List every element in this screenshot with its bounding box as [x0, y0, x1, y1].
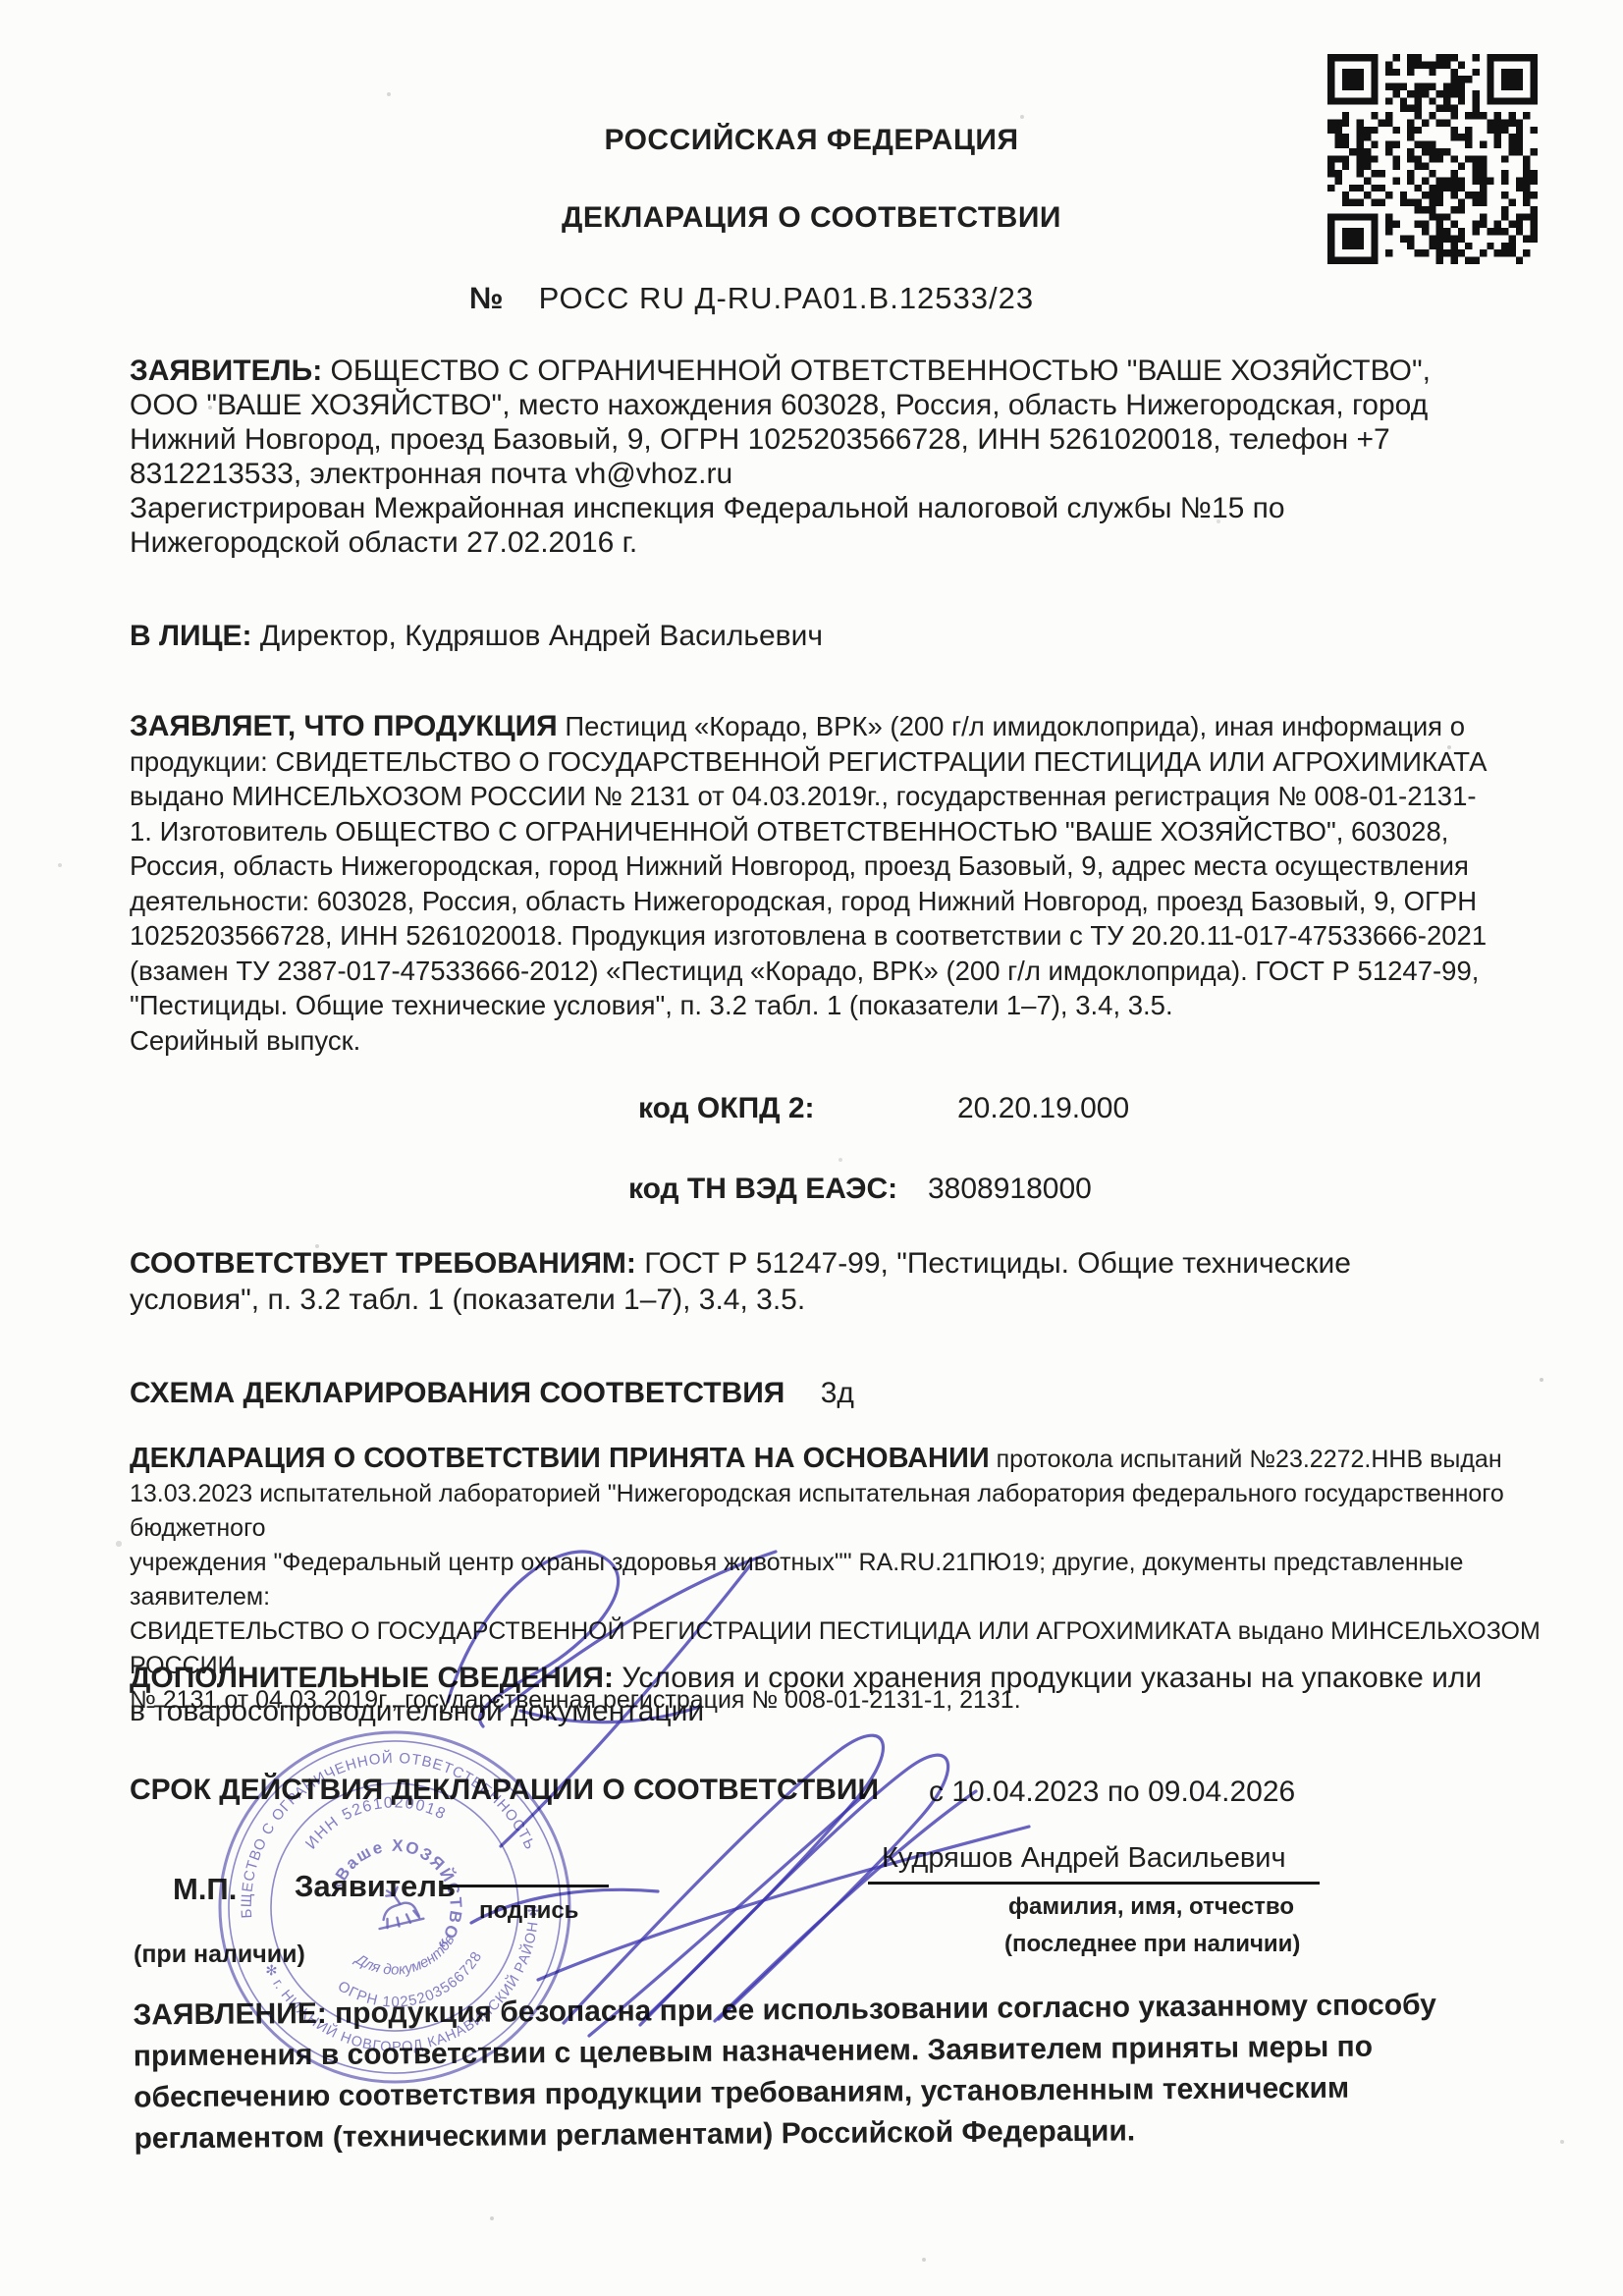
product-text: Пестицид «Корадо, ВРК» (200 г/л имидокло…: [130, 711, 1487, 1056]
person-label: В ЛИЦЕ:: [130, 620, 252, 652]
conformity-label: СООТВЕТСТВУЕТ ТРЕБОВАНИЯМ:: [130, 1247, 636, 1280]
scheme-value: 3д: [821, 1377, 854, 1409]
declaration-document: РОССИЙСКАЯ ФЕДЕРАЦИЯ ДЕКЛАРАЦИЯ О СООТВЕ…: [0, 0, 1623, 2296]
applicant-label: ЗАЯВИТЕЛЬ:: [130, 355, 322, 387]
conformity-section: СООТВЕТСТВУЕТ ТРЕБОВАНИЯМ: ГОСТ Р 51247-…: [130, 1245, 1573, 1318]
applicant-section: ЗАЯВИТЕЛЬ: ОБЩЕСТВО С ОГРАНИЧЕННОЙ ОТВЕТ…: [130, 354, 1573, 560]
tnved-value: 3808918000: [928, 1173, 1092, 1206]
product-label: ЗАЯВЛЯЕТ, ЧТО ПРОДУКЦИЯ: [130, 710, 558, 742]
declaration-number: РОСС RU Д-RU.РА01.В.12533/23: [539, 281, 1035, 315]
okpd-value: 20.20.19.000: [957, 1092, 1129, 1125]
applicant-text: ОБЩЕСТВО С ОГРАНИЧЕННОЙ ОТВЕТСТВЕННОСТЬЮ…: [130, 355, 1431, 559]
tnved-label: код ТН ВЭД ЕАЭС:: [628, 1173, 897, 1206]
basis-label: ДЕКЛАРАЦИЯ О СООТВЕТСТВИИ ПРИНЯТА НА ОСН…: [130, 1443, 990, 1474]
person-text: Директор, Кудряшов Андрей Васильевич: [260, 620, 823, 652]
number-sign: №: [469, 281, 504, 315]
okpd-label: код ОКПД 2:: [638, 1092, 815, 1125]
doc-title: ДЕКЛАРАЦИЯ О СООТВЕТСТВИИ: [0, 201, 1623, 235]
scheme-section: СХЕМА ДЕКЛАРИРОВАНИЯ СООТВЕТСТВИЯ 3д: [130, 1377, 1573, 1410]
scan-specks: [0, 0, 2, 2]
declaration-number-line: №РОСС RU Д-RU.РА01.В.12533/23: [469, 281, 1034, 316]
person-section: В ЛИЦЕ: Директор, Кудряшов Андрей Василь…: [130, 619, 1573, 653]
country-title: РОССИЙСКАЯ ФЕДЕРАЦИЯ: [0, 124, 1623, 157]
scheme-label: СХЕМА ДЕКЛАРИРОВАНИЯ СООТВЕТСТВИЯ: [130, 1377, 784, 1409]
product-section: ЗАЯВЛЯЕТ, ЧТО ПРОДУКЦИЯ Пестицид «Корадо…: [130, 709, 1573, 1058]
signature-ink: [353, 1501, 1100, 2070]
